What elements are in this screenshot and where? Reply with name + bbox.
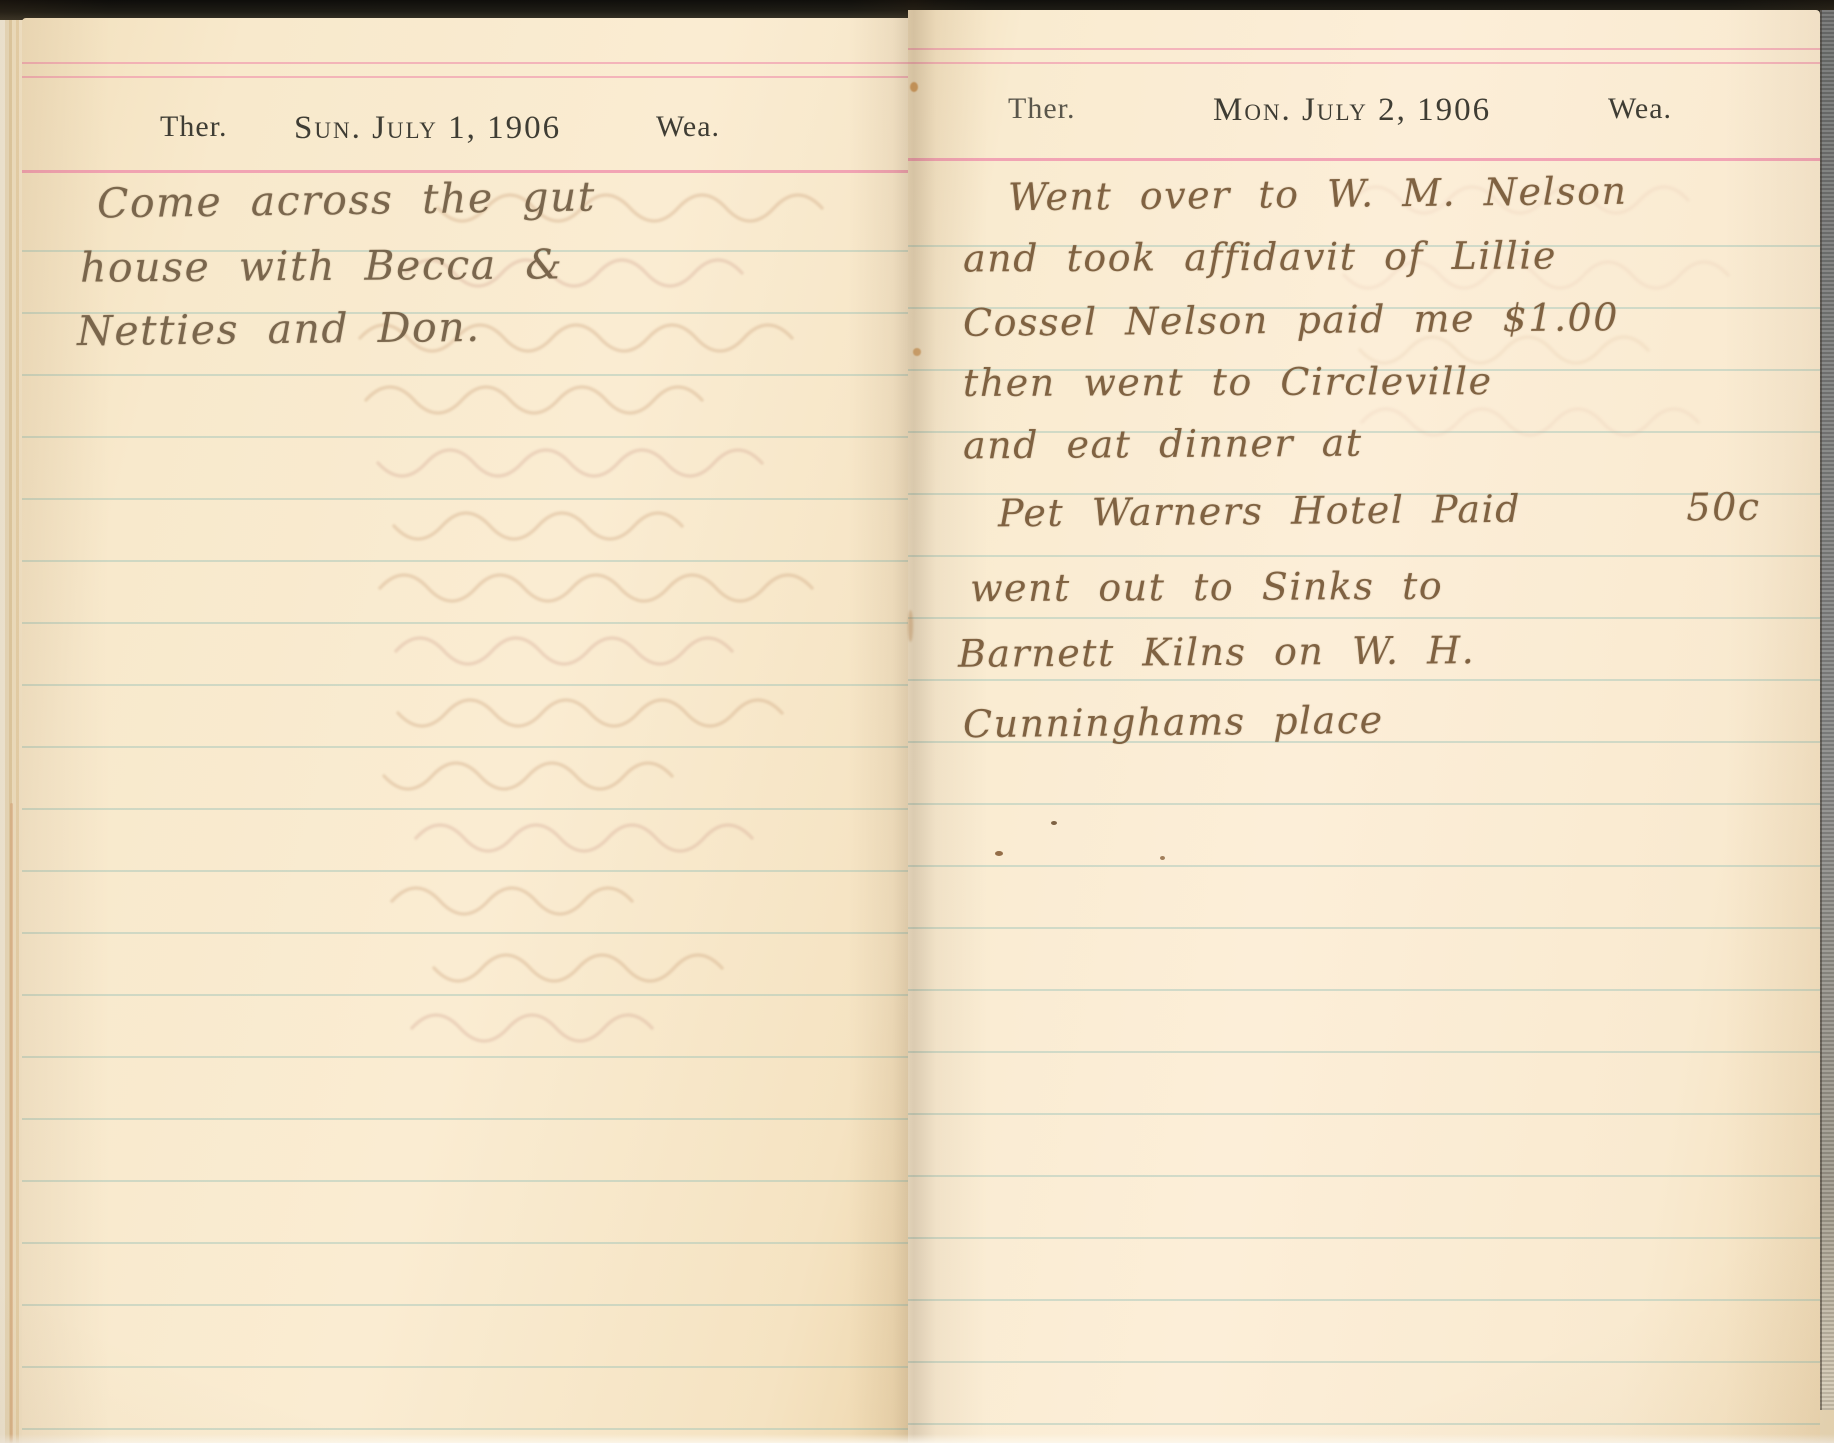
ruled-line-pink [22, 62, 908, 64]
date-heading: Mon. July 2, 1906 [1213, 92, 1491, 129]
printed-header: Ther. Mon. July 2, 1906 Wea. [908, 92, 1820, 134]
handwriting-line: then went to Circleville [963, 359, 1493, 405]
date-heading: Sun. July 1, 1906 [294, 110, 561, 147]
wea-label: Wea. [656, 110, 720, 144]
diary-page-left: Ther. Sun. July 1, 1906 Wea. Come across… [22, 18, 908, 1443]
handwriting-line: Cunninghams place [963, 698, 1384, 746]
handwriting-line: Come across the gut [97, 173, 596, 228]
printed-header: Ther. Sun. July 1, 1906 Wea. [22, 110, 908, 152]
ruled-lines-blue [22, 250, 908, 1439]
ruled-line-pink [22, 170, 908, 173]
handwriting-line: and took affidavit of Lillie [963, 233, 1557, 280]
page-edge-bottom [0, 1434, 1834, 1443]
ruled-line-pink [22, 76, 908, 78]
ruled-line-pink [908, 48, 1820, 50]
handwriting-line: Barnett Kilns on W. H. [958, 628, 1476, 676]
ther-label: Ther. [1008, 92, 1075, 126]
handwriting-line: went out to Sinks to [970, 564, 1443, 610]
handwriting-line: and eat dinner at [963, 421, 1363, 468]
diary-page-right: Ther. Mon. July 2, 1906 Wea. Went over t… [908, 10, 1820, 1443]
handwriting-line: Went over to W. M. Nelson [1008, 169, 1628, 219]
ruled-line-pink [908, 62, 1820, 64]
handwriting-line: Pet Warners Hotel Paid 50c [998, 485, 1761, 536]
wea-label: Wea. [1608, 92, 1672, 126]
diary-scan: Ther. Sun. July 1, 1906 Wea. Come across… [0, 0, 1834, 1443]
handwriting-line: Cossel Nelson paid me $1.00 [963, 295, 1619, 345]
ruled-line-pink [908, 158, 1820, 161]
handwriting-line: house with Becca & [80, 240, 564, 291]
book-cover-edge-right [1820, 10, 1834, 1410]
handwriting-line: Netties and Don. [77, 303, 481, 355]
ther-label: Ther. [160, 110, 227, 144]
